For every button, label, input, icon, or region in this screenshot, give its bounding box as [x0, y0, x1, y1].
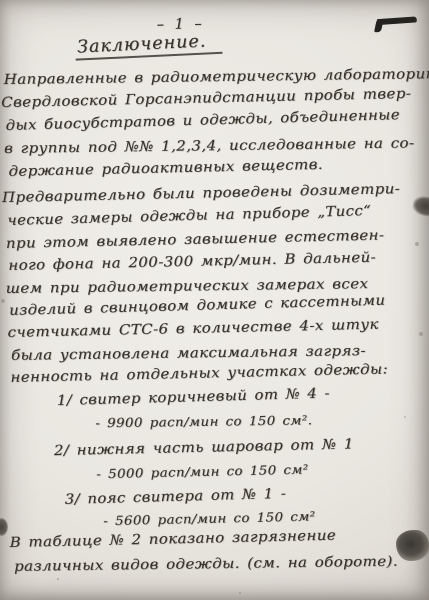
text-line: держание радиоактивных веществ.	[8, 157, 323, 180]
scan-artifact-right-smudge	[411, 194, 429, 216]
text-line: счетчиками СТС-6 в количестве 4-х штук	[7, 317, 379, 341]
page-number: – 1 –	[157, 16, 205, 33]
text-line: при этом выявлено завышение естествен-	[6, 227, 385, 251]
text-line: ного фона на 200-300 мкр/мин. В дальней-	[8, 250, 376, 274]
list-item-value: - 5000 расп/мин со 150 см²	[96, 462, 309, 482]
scanned-document-page: – 1 – Заключение. Направленные в радиоме…	[0, 0, 429, 600]
text-line: В таблице № 2 показано загрязнение	[9, 528, 336, 551]
text-line: Направленные в радиометрическую лаборато…	[4, 66, 429, 88]
document-title: Заключение.	[75, 31, 223, 61]
text-line: различных видов одежды. (см. на обороте)…	[14, 554, 398, 575]
list-item-value: - 5600 расп/мин со 150 см²	[103, 508, 316, 528]
list-item-line: 2/ нижняя часть шаровар от № 1	[54, 436, 354, 459]
scan-artifact-corner-fold	[369, 13, 418, 34]
list-item-value: - 9900 расп/мин со 150 см².	[95, 412, 312, 430]
handwriting-layer: – 1 – Заключение. Направленные в радиоме…	[0, 0, 429, 600]
scan-artifact-corner-fold-bar	[377, 16, 417, 25]
scan-artifact-specks	[0, 0, 2, 2]
list-item-line: 1/ свитер коричневый от № 4 -	[57, 386, 330, 409]
list-item-line: 3/ пояс свитера от № 1 -	[65, 486, 287, 508]
text-line: была установлена максимальная загряз-	[11, 343, 366, 364]
scan-artifact-ink-blob	[396, 530, 429, 561]
text-line: Предварительно были проведены дозиметри-	[2, 181, 401, 206]
text-line: ненность на отдельных участках одежды:	[10, 361, 388, 385]
text-line: изделий в свинцовом домике с кассетными	[9, 293, 386, 319]
text-line: Свердловской Горсанэпидстанции пробы тве…	[1, 86, 411, 111]
text-line: дых биосубстратов и одежды, объединенные	[5, 107, 400, 134]
text-line: ческие замеры одежды на приборе „Тисс“	[7, 203, 371, 229]
text-line: в группы под №№ 1,2,3,4, исследованные н…	[4, 135, 415, 157]
